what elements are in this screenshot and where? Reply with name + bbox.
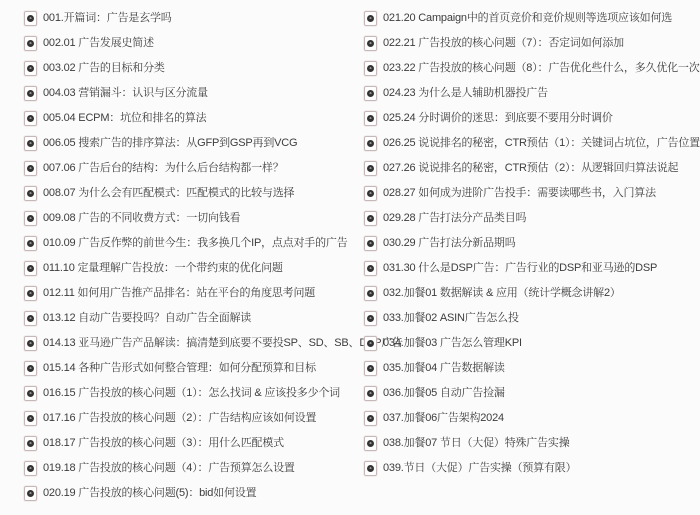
video-file-icon bbox=[364, 86, 377, 101]
video-file-icon bbox=[364, 286, 377, 301]
item-title: 008.07 为什么会有匹配模式：匹配模式的比较与选择 bbox=[43, 181, 294, 206]
item-title: 001.开篇词：广告是玄学吗 bbox=[43, 6, 172, 31]
video-file-icon-dot bbox=[367, 315, 374, 322]
item-title: 018.17 广告投放的核心问题（3）：用什么匹配模式 bbox=[43, 431, 284, 456]
item-title: 004.03 营销漏斗：认识与区分流量 bbox=[43, 81, 208, 106]
video-file-icon bbox=[24, 186, 37, 201]
list-item[interactable]: 031.30 什么是DSP广告：广告行业的DSP和亚马逊的DSP bbox=[364, 256, 700, 281]
item-title: 025.24 分时调价的迷思：到底要不要用分时调价 bbox=[383, 106, 613, 131]
list-item[interactable]: 002.01 广告发展史简述 bbox=[24, 31, 364, 56]
item-title: 019.18 广告投放的核心问题（4）：广告预算怎么设置 bbox=[43, 456, 295, 481]
item-title: 028.27 如何成为进阶广告投手：需要读哪些书，入门算法 bbox=[383, 181, 656, 206]
video-file-icon bbox=[364, 161, 377, 176]
item-title: 013.12 自动广告要投吗？自动广告全面解读 bbox=[43, 306, 251, 331]
video-file-icon bbox=[24, 286, 37, 301]
list-item[interactable]: 033.加餐02 ASIN广告怎么投 bbox=[364, 306, 700, 331]
video-file-icon-dot bbox=[27, 40, 34, 47]
video-file-icon-dot bbox=[27, 365, 34, 372]
video-file-icon bbox=[364, 461, 377, 476]
course-file-list-page: 001.开篇词：广告是玄学吗 002.01 广告发展史简述 003.02 广告的… bbox=[0, 0, 700, 515]
item-title: 036.加餐05 自动广告捡漏 bbox=[383, 381, 505, 406]
video-file-icon-dot bbox=[27, 315, 34, 322]
video-file-icon bbox=[24, 361, 37, 376]
list-item[interactable]: 016.15 广告投放的核心问题（1）：怎么找词 & 应该投多少个词 bbox=[24, 381, 364, 406]
video-file-icon-dot bbox=[27, 290, 34, 297]
list-item[interactable]: 005.04 ECPM：坑位和排名的算法 bbox=[24, 106, 364, 131]
item-title: 006.05 搜索广告的排序算法：从GFP到GSP再到VCG bbox=[43, 131, 297, 156]
list-item[interactable]: 027.26 说说排名的秘密，CTR预估（2）：从逻辑回归算法说起 bbox=[364, 156, 700, 181]
list-item[interactable]: 038.加餐07 节日（大促）特殊广告实操 bbox=[364, 431, 700, 456]
list-item[interactable]: 037.加餐06广告架构2024 bbox=[364, 406, 700, 431]
video-file-icon bbox=[364, 11, 377, 26]
item-title: 012.11 如何用广告推产品排名：站在平台的角度思考问题 bbox=[43, 281, 315, 306]
item-title: 031.30 什么是DSP广告：广告行业的DSP和亚马逊的DSP bbox=[383, 256, 657, 281]
video-file-icon bbox=[364, 236, 377, 251]
video-file-icon bbox=[364, 111, 377, 126]
video-file-icon-dot bbox=[367, 265, 374, 272]
video-file-icon bbox=[24, 136, 37, 151]
video-file-icon bbox=[364, 311, 377, 326]
list-item[interactable]: 019.18 广告投放的核心问题（4）：广告预算怎么设置 bbox=[24, 456, 364, 481]
course-list-column-left: 001.开篇词：广告是玄学吗 002.01 广告发展史简述 003.02 广告的… bbox=[24, 6, 364, 506]
video-file-icon-dot bbox=[27, 490, 34, 497]
video-file-icon-dot bbox=[367, 165, 374, 172]
video-file-icon-dot bbox=[367, 440, 374, 447]
video-file-icon-dot bbox=[367, 90, 374, 97]
item-title: 007.06 广告后台的结构：为什么后台结构都一样？ bbox=[43, 156, 284, 181]
item-title: 021.20 Campaign中的首页竞价和竞价规则等选项应该如何选 bbox=[383, 6, 672, 31]
video-file-icon bbox=[24, 411, 37, 426]
list-item[interactable]: 011.10 定量理解广告投放：一个带约束的优化问题 bbox=[24, 256, 364, 281]
video-file-icon bbox=[364, 436, 377, 451]
video-file-icon-dot bbox=[27, 190, 34, 197]
video-file-icon bbox=[24, 386, 37, 401]
video-file-icon-dot bbox=[367, 190, 374, 197]
list-item[interactable]: 036.加餐05 自动广告捡漏 bbox=[364, 381, 700, 406]
list-item[interactable]: 018.17 广告投放的核心问题（3）：用什么匹配模式 bbox=[24, 431, 364, 456]
video-file-icon-dot bbox=[367, 115, 374, 122]
item-title: 009.08 广告的不同收费方式：一切向钱看 bbox=[43, 206, 240, 231]
list-item[interactable]: 039.节日（大促）广告实操（预算有限） bbox=[364, 456, 700, 481]
course-list-column-right: 021.20 Campaign中的首页竞价和竞价规则等选项应该如何选 022.2… bbox=[364, 6, 700, 481]
list-item[interactable]: 024.23 为什么是人辅助机器投广告 bbox=[364, 81, 700, 106]
item-title: 027.26 说说排名的秘密，CTR预估（2）：从逻辑回归算法说起 bbox=[383, 156, 678, 181]
video-file-icon-dot bbox=[27, 65, 34, 72]
list-item[interactable]: 008.07 为什么会有匹配模式：匹配模式的比较与选择 bbox=[24, 181, 364, 206]
video-file-icon-dot bbox=[367, 240, 374, 247]
list-item[interactable]: 021.20 Campaign中的首页竞价和竞价规则等选项应该如何选 bbox=[364, 6, 700, 31]
video-file-icon-dot bbox=[27, 115, 34, 122]
item-title: 033.加餐02 ASIN广告怎么投 bbox=[383, 306, 519, 331]
video-file-icon bbox=[364, 361, 377, 376]
video-file-icon bbox=[24, 111, 37, 126]
video-file-icon bbox=[24, 436, 37, 451]
list-item[interactable]: 013.12 自动广告要投吗？自动广告全面解读 bbox=[24, 306, 364, 331]
list-item[interactable]: 012.11 如何用广告推产品排名：站在平台的角度思考问题 bbox=[24, 281, 364, 306]
video-file-icon bbox=[24, 86, 37, 101]
video-file-icon bbox=[364, 186, 377, 201]
video-file-icon-dot bbox=[27, 415, 34, 422]
video-file-icon-dot bbox=[367, 465, 374, 472]
video-file-icon bbox=[364, 61, 377, 76]
video-file-icon-dot bbox=[367, 140, 374, 147]
video-file-icon bbox=[24, 211, 37, 226]
item-title: 014.13 亚马逊广告产品解读：搞清楚到底要不要投SP、SD、SB、DSP广告 bbox=[43, 331, 403, 356]
video-file-icon-dot bbox=[367, 65, 374, 72]
video-file-icon bbox=[24, 486, 37, 501]
video-file-icon-dot bbox=[367, 290, 374, 297]
item-title: 016.15 广告投放的核心问题（1）：怎么找词 & 应该投多少个词 bbox=[43, 381, 340, 406]
item-title: 037.加餐06广告架构2024 bbox=[383, 406, 504, 431]
item-title: 030.29 广告打法分新品期吗 bbox=[383, 231, 516, 256]
video-file-icon-dot bbox=[367, 365, 374, 372]
video-file-icon-dot bbox=[27, 340, 34, 347]
video-file-icon-dot bbox=[367, 15, 374, 22]
list-item[interactable]: 006.05 搜索广告的排序算法：从GFP到GSP再到VCG bbox=[24, 131, 364, 156]
item-title: 029.28 广告打法分产品类目吗 bbox=[383, 206, 526, 231]
video-file-icon bbox=[364, 386, 377, 401]
item-title: 023.22 广告投放的核心问题（8）：广告优化些什么，多久优化一次 bbox=[383, 56, 700, 81]
video-file-icon bbox=[24, 61, 37, 76]
item-title: 022.21 广告投放的核心问题（7）：否定词如何添加 bbox=[383, 31, 624, 56]
item-title: 002.01 广告发展史简述 bbox=[43, 31, 154, 56]
item-title: 039.节日（大促）广告实操（预算有限） bbox=[383, 456, 576, 481]
item-title: 032.加餐01 数据解读 & 应用（统计学概念讲解2） bbox=[383, 281, 621, 306]
video-file-icon-dot bbox=[27, 140, 34, 147]
list-item[interactable]: 015.14 各种广告形式如何整合管理：如何分配预算和目标 bbox=[24, 356, 364, 381]
item-title: 035.加餐04 广告数据解读 bbox=[383, 356, 505, 381]
video-file-icon bbox=[24, 36, 37, 51]
video-file-icon-dot bbox=[367, 340, 374, 347]
list-item[interactable]: 010.09 广告反作弊的前世今生：我多换几个IP，点点对手的广告 bbox=[24, 231, 364, 256]
item-title: 003.02 广告的目标和分类 bbox=[43, 56, 165, 81]
video-file-icon bbox=[24, 161, 37, 176]
video-file-icon-dot bbox=[367, 215, 374, 222]
list-item[interactable]: 025.24 分时调价的迷思：到底要不要用分时调价 bbox=[364, 106, 700, 131]
video-file-icon-dot bbox=[27, 240, 34, 247]
video-file-icon bbox=[24, 261, 37, 276]
list-item[interactable]: 030.29 广告打法分新品期吗 bbox=[364, 231, 700, 256]
list-item[interactable]: 028.27 如何成为进阶广告投手：需要读哪些书，入门算法 bbox=[364, 181, 700, 206]
video-file-icon-dot bbox=[367, 415, 374, 422]
list-item[interactable]: 026.25 说说排名的秘密，CTR预估（1）：关键词占坑位，广告位置重要吗? bbox=[364, 131, 700, 156]
list-item[interactable]: 035.加餐04 广告数据解读 bbox=[364, 356, 700, 381]
video-file-icon-dot bbox=[27, 390, 34, 397]
list-item[interactable]: 022.21 广告投放的核心问题（7）：否定词如何添加 bbox=[364, 31, 700, 56]
video-file-icon bbox=[364, 36, 377, 51]
video-file-icon-dot bbox=[27, 15, 34, 22]
video-file-icon bbox=[24, 461, 37, 476]
item-title: 020.19 广告投放的核心问题(5)：bid如何设置 bbox=[43, 481, 256, 506]
list-item[interactable]: 034.加餐03 广告怎么管理KPI bbox=[364, 331, 700, 356]
list-item[interactable]: 001.开篇词：广告是玄学吗 bbox=[24, 6, 364, 31]
video-file-icon-dot bbox=[27, 465, 34, 472]
video-file-icon-dot bbox=[27, 215, 34, 222]
list-item[interactable]: 020.19 广告投放的核心问题(5)：bid如何设置 bbox=[24, 481, 364, 506]
video-file-icon-dot bbox=[27, 265, 34, 272]
video-file-icon bbox=[364, 136, 377, 151]
video-file-icon bbox=[24, 11, 37, 26]
list-item[interactable]: 009.08 广告的不同收费方式：一切向钱看 bbox=[24, 206, 364, 231]
list-item[interactable]: 017.16 广告投放的核心问题（2）：广告结构应该如何设置 bbox=[24, 406, 364, 431]
video-file-icon bbox=[364, 336, 377, 351]
video-file-icon-dot bbox=[27, 440, 34, 447]
video-file-icon-dot bbox=[27, 90, 34, 97]
item-title: 026.25 说说排名的秘密，CTR预估（1）：关键词占坑位，广告位置重要吗? bbox=[383, 131, 700, 156]
item-title: 017.16 广告投放的核心问题（2）：广告结构应该如何设置 bbox=[43, 406, 316, 431]
video-file-icon-dot bbox=[367, 390, 374, 397]
list-item[interactable]: 014.13 亚马逊广告产品解读：搞清楚到底要不要投SP、SD、SB、DSP广告 bbox=[24, 331, 364, 356]
video-file-icon bbox=[24, 311, 37, 326]
list-item[interactable]: 003.02 广告的目标和分类 bbox=[24, 56, 364, 81]
video-file-icon-dot bbox=[367, 40, 374, 47]
video-file-icon bbox=[364, 211, 377, 226]
video-file-icon bbox=[24, 236, 37, 251]
item-title: 015.14 各种广告形式如何整合管理：如何分配预算和目标 bbox=[43, 356, 316, 381]
item-title: 010.09 广告反作弊的前世今生：我多换几个IP，点点对手的广告 bbox=[43, 231, 348, 256]
item-title: 038.加餐07 节日（大促）特殊广告实操 bbox=[383, 431, 570, 456]
list-item[interactable]: 004.03 营销漏斗：认识与区分流量 bbox=[24, 81, 364, 106]
item-title: 034.加餐03 广告怎么管理KPI bbox=[383, 331, 522, 356]
list-item[interactable]: 029.28 广告打法分产品类目吗 bbox=[364, 206, 700, 231]
video-file-icon bbox=[24, 336, 37, 351]
list-item[interactable]: 007.06 广告后台的结构：为什么后台结构都一样？ bbox=[24, 156, 364, 181]
video-file-icon-dot bbox=[27, 165, 34, 172]
video-file-icon bbox=[364, 411, 377, 426]
list-item[interactable]: 023.22 广告投放的核心问题（8）：广告优化些什么，多久优化一次 bbox=[364, 56, 700, 81]
item-title: 005.04 ECPM：坑位和排名的算法 bbox=[43, 106, 206, 131]
item-title: 024.23 为什么是人辅助机器投广告 bbox=[383, 81, 548, 106]
video-file-icon bbox=[364, 261, 377, 276]
item-title: 011.10 定量理解广告投放：一个带约束的优化问题 bbox=[43, 256, 283, 281]
list-item[interactable]: 032.加餐01 数据解读 & 应用（统计学概念讲解2） bbox=[364, 281, 700, 306]
